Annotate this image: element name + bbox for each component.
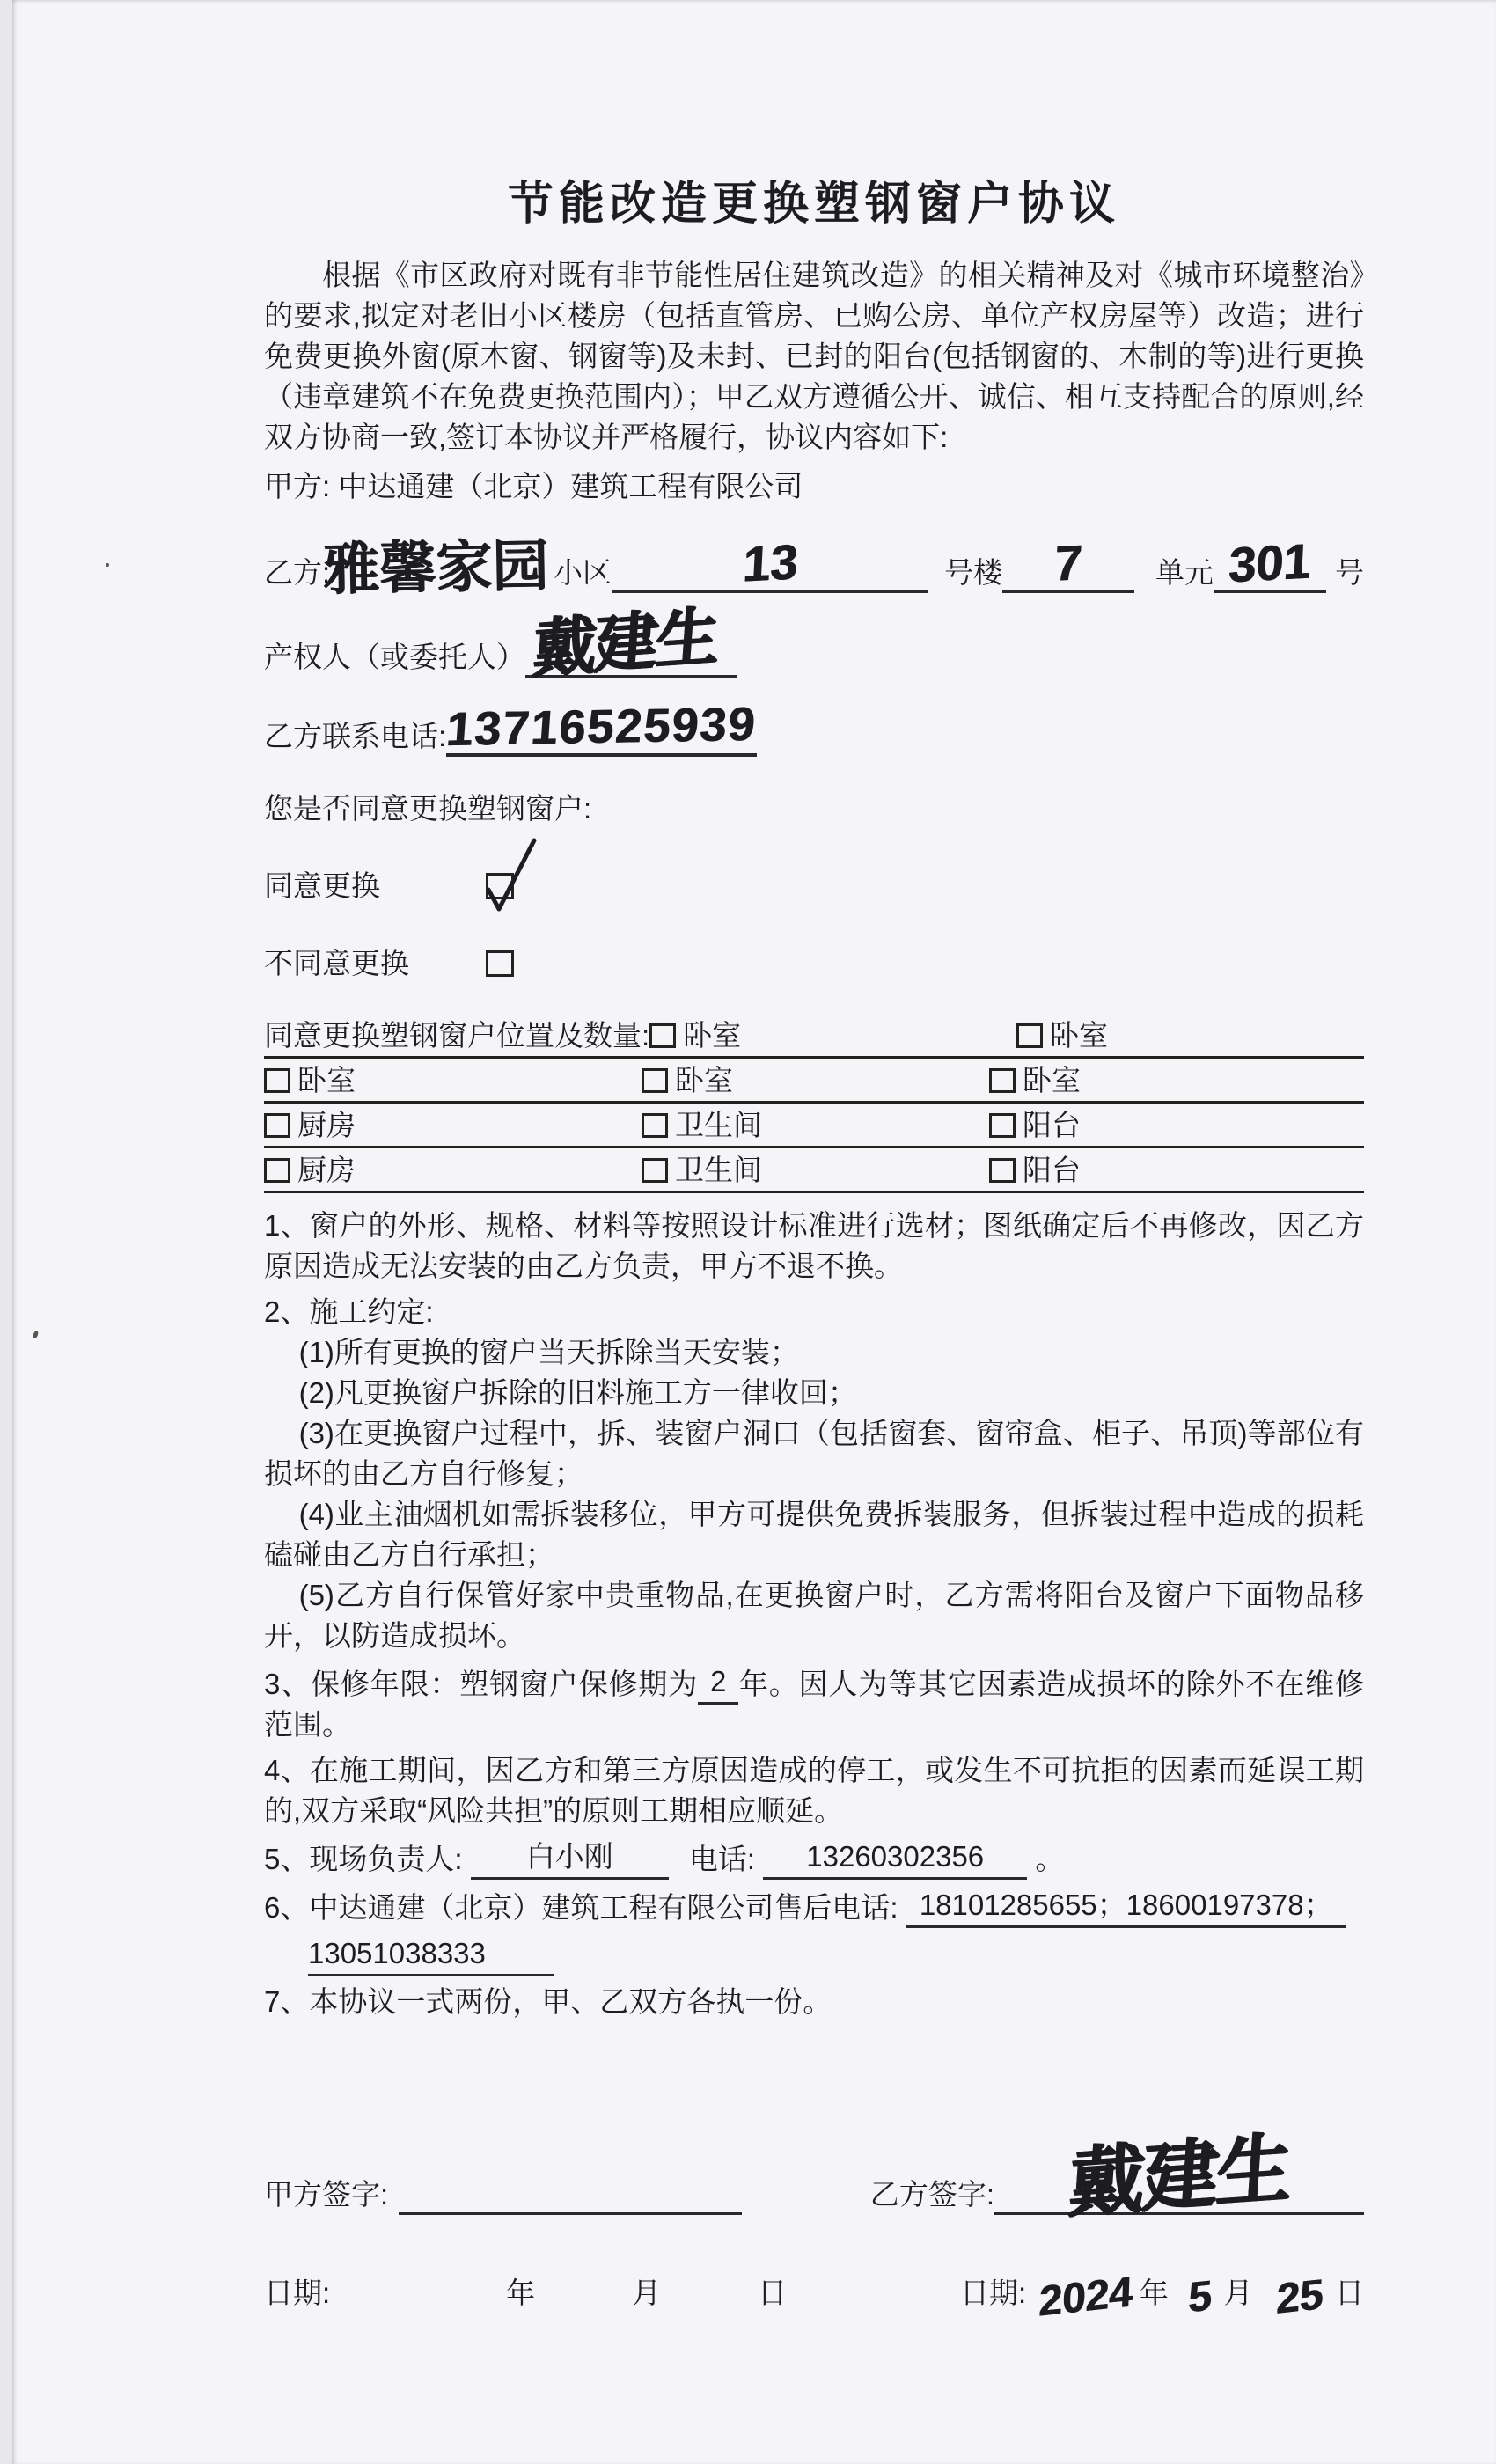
owner-signature-handwriting: 戴建生: [531, 614, 718, 671]
table-cell: 阳台: [989, 1150, 1364, 1191]
table-row: 同意更换塑钢窗户位置及数量: 卧室 卧室: [264, 1014, 1364, 1059]
checkbox-icon[interactable]: [264, 1158, 290, 1183]
date-b-label: 日期:: [960, 2273, 1026, 2314]
clause-2-sub-4: (4)业主油烟机如需拆装移位，甲方可提供免费拆装服务，但拆装过程中造成的损耗磕碰…: [264, 1494, 1364, 1575]
phone-field[interactable]: 13716525939: [446, 708, 756, 757]
aftersale-phones-field-2[interactable]: 13051038333: [308, 1933, 554, 1976]
checkbox-icon[interactable]: [989, 1068, 1016, 1093]
agree-option: 同意更换: [264, 866, 1364, 906]
table-cell: 厨房: [264, 1105, 642, 1146]
site-manager-phone-field[interactable]: 13260302356: [763, 1837, 1027, 1880]
cell-label: 卫生间: [675, 1150, 762, 1191]
party-b-label: 乙方:: [264, 553, 330, 593]
lou-no-field[interactable]: 7: [1002, 546, 1134, 593]
clause-2-head: 2、施工约定:: [264, 1292, 1364, 1332]
lou-no-handwriting: 7: [1053, 545, 1082, 582]
date-b-day-handwriting: 25: [1275, 2279, 1323, 2316]
checkbox-icon[interactable]: [989, 1158, 1016, 1183]
cell-label: 卫生间: [675, 1105, 762, 1146]
agreement-document: 节能改造更换塑钢窗户协议 根据《市区政府对既有非节能性居住建筑改造》的相关精神及…: [0, 0, 1496, 2314]
clause-1: 1、窗户的外形、规格、材料等按照设计标准进行选材；图纸确定后不再修改，因乙方原因…: [264, 1206, 1364, 1287]
checkbox-icon[interactable]: [1016, 1023, 1043, 1048]
table-cell: 阳台: [989, 1105, 1364, 1146]
clause-7: 7、本协议一式两份，甲、乙双方各执一份。: [264, 1982, 1364, 2022]
table-cell: 卧室: [1016, 1016, 1364, 1056]
cell-label: 阳台: [1023, 1105, 1081, 1146]
clause-2-sub-5: (5)乙方自行保管好家中贵重物品,在更换窗户时，乙方需将阳台及窗户下面物品移开，…: [264, 1575, 1364, 1656]
party-b-community-handwriting: 雅馨家园: [323, 540, 549, 595]
date-a-label: 日期:: [264, 2273, 330, 2314]
clause-5-label: 5、现场负责人:: [264, 1843, 463, 1875]
site-manager-phone: 13260302356: [806, 1840, 984, 1873]
table-cell: 卧室: [649, 1016, 1016, 1056]
cell-label: 阳台: [1023, 1150, 1081, 1191]
checkbox-icon[interactable]: [989, 1113, 1016, 1138]
cell-label: 卧室: [1050, 1016, 1108, 1056]
month-label-b: 月: [1224, 2273, 1253, 2314]
phone-label: 乙方联系电话:: [264, 716, 446, 757]
clause-5: 5、现场负责人: 白小刚 电话: 13260302356 。: [264, 1837, 1364, 1880]
clause-3-pre: 3、保修年限：塑钢窗户保修期为: [264, 1668, 698, 1700]
site-manager-name: 白小刚: [526, 1840, 613, 1873]
site-manager-field[interactable]: 白小刚: [471, 1837, 669, 1880]
cell-label: 卧室: [297, 1060, 356, 1101]
owner-signature-field[interactable]: 戴建生: [525, 621, 737, 678]
xiaoqu-label: 小区: [554, 553, 612, 593]
checkbox-icon[interactable]: [264, 1068, 290, 1093]
document-title: 节能改造更换塑钢窗户协议: [264, 176, 1364, 232]
party-a-sign-label: 甲方签字:: [264, 2174, 388, 2215]
cell-label: 卧室: [1023, 1060, 1081, 1101]
phone-handwriting: 13716525939: [445, 705, 758, 749]
table-row: 厨房 卫生间 阳台: [264, 1148, 1364, 1193]
checkbox-icon[interactable]: [642, 1158, 668, 1183]
table-cell: 卫生间: [642, 1105, 989, 1146]
aftersale-phones-2: 13051038333: [308, 1937, 486, 1969]
phone-line: 乙方联系电话: 13716525939: [264, 693, 1364, 757]
checkbox-icon[interactable]: [642, 1068, 668, 1093]
warranty-years: 2: [710, 1665, 726, 1698]
clause-2-sub-2: (2)凡更换窗户拆除的旧料施工方一律收回；: [264, 1373, 1364, 1413]
date-b-year-handwriting: 2024: [1038, 2277, 1133, 2318]
unit-no-field[interactable]: 301: [1214, 546, 1326, 593]
checkbox-icon[interactable]: [642, 1113, 668, 1138]
table-cell: 厨房: [264, 1150, 642, 1191]
table-cell: 卧室: [264, 1060, 642, 1101]
danyuan-label: 单元: [1155, 553, 1214, 593]
agree-checkbox[interactable]: [486, 873, 514, 899]
year-label-a: 年: [506, 2273, 535, 2314]
clause-2-sub-3: (3)在更换窗户过程中，拆、装窗户洞口（包括窗套、窗帘盒、柜子、吊顶)等部位有损…: [264, 1413, 1364, 1494]
owner-label: 产权人（或委托人）: [264, 637, 525, 678]
day-label-a: 日: [758, 2273, 787, 2314]
table-cell: 卫生间: [642, 1150, 989, 1191]
date-b-month-handwriting: 5: [1187, 2280, 1212, 2314]
cell-label: 卧室: [675, 1060, 733, 1101]
table-row: 厨房 卫生间 阳台: [264, 1104, 1364, 1148]
cell-label: 卧室: [683, 1016, 741, 1056]
haolou-label: 号楼: [944, 553, 1002, 593]
warranty-years-field[interactable]: 2: [698, 1661, 738, 1705]
cell-label: 厨房: [297, 1150, 356, 1191]
intro-paragraph: 根据《市区政府对既有非节能性居住建筑改造》的相关精神及对《城市环境整治》的要求,…: [264, 255, 1364, 458]
year-label-b: 年: [1140, 2273, 1169, 2314]
clause-5-end: 。: [1035, 1843, 1064, 1875]
disagree-checkbox[interactable]: [486, 950, 514, 977]
aftersale-phones-1: 18101285655；18600197378；: [920, 1888, 1333, 1921]
table-header: 同意更换塑钢窗户位置及数量:: [264, 1016, 649, 1056]
checkbox-icon[interactable]: [264, 1113, 290, 1138]
party-a-signature-field[interactable]: [399, 2212, 742, 2215]
checkbox-icon[interactable]: [649, 1023, 676, 1048]
clause-6: 6、中达通建（北京）建筑工程有限公司售后电话: 18101285655；1860…: [264, 1885, 1364, 1928]
clause-4: 4、在施工期间，因乙方和第三方原因造成的停工，或发生不可抗拒的因素而延误工期的,…: [264, 1750, 1364, 1831]
owner-line: 产权人（或委托人） 戴建生: [264, 611, 1364, 678]
question-line: 您是否同意更换塑钢窗户:: [264, 788, 1364, 829]
month-label-a: 月: [632, 2273, 661, 2314]
clause-5-tel-label: 电话:: [689, 1843, 755, 1875]
party-b-line: 乙方: 雅馨家园 小区 13 号楼 7 单元 301 号: [264, 530, 1364, 593]
checkmark-icon: [485, 835, 543, 916]
table-cell: 卧室: [989, 1060, 1364, 1101]
agree-label: 同意更换: [264, 866, 486, 906]
party-a-label: 甲方:: [264, 470, 330, 502]
clause-3: 3、保修年限：塑钢窗户保修期为2年。因人为等其它因素造成损坏的除外不在维修范围。: [264, 1661, 1364, 1745]
table-row: 卧室 卧室 卧室: [264, 1059, 1364, 1104]
party-a-value: 中达通建（北京）建筑工程有限公司: [338, 470, 803, 502]
aftersale-phones-field[interactable]: 18101285655；18600197378；: [906, 1885, 1346, 1928]
clause-6-line-2: 13051038333: [308, 1933, 1364, 1976]
party-b-signature-field[interactable]: 戴建生: [994, 2154, 1364, 2215]
cell-label: 厨房: [297, 1105, 356, 1146]
party-b-signature-handwriting: 戴建生: [1067, 2146, 1292, 2206]
building-no-field[interactable]: 13: [612, 546, 928, 593]
party-b-sign-label: 乙方签字:: [870, 2174, 994, 2215]
disagree-option: 不同意更换: [264, 943, 1364, 984]
window-location-table: 同意更换塑钢窗户位置及数量: 卧室 卧室 卧室 卧室 卧室: [264, 1014, 1364, 1193]
party-a-line: 甲方: 中达通建（北京）建筑工程有限公司: [264, 466, 1364, 507]
building-no-handwriting: 13: [742, 544, 798, 582]
clause-2-sub-1: (1)所有更换的窗户当天拆除当天安装；: [264, 1332, 1364, 1373]
day-label-b: 日: [1335, 2273, 1364, 2314]
signature-row: 甲方签字: 乙方签字: 戴建生: [264, 2154, 1364, 2215]
disagree-label: 不同意更换: [264, 943, 486, 984]
hao-label: 号: [1335, 553, 1364, 593]
date-row: 日期: 年 月 日 日期: 2024 年 5 月 25 日: [264, 2273, 1364, 2314]
unit-no-handwriting: 301: [1228, 543, 1311, 583]
clause-6-label: 6、中达通建（北京）建筑工程有限公司售后电话:: [264, 1891, 898, 1924]
table-cell: 卧室: [642, 1060, 989, 1101]
